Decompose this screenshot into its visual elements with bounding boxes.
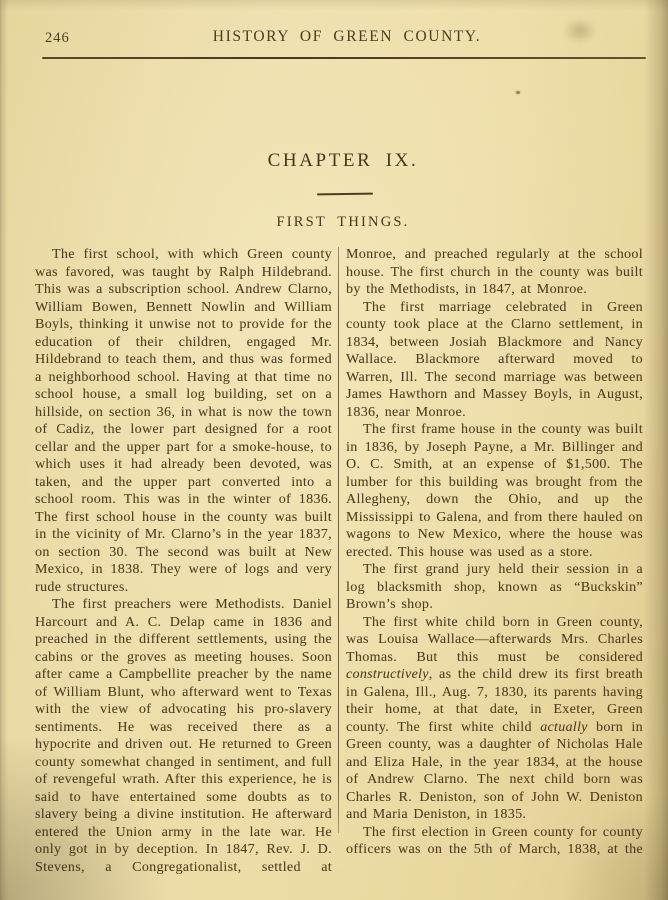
paragraph-first-marriage: The first marriage celebrated in Green c… [346, 299, 643, 422]
ink-speck [516, 91, 520, 94]
page-edge-shadow-top [0, 0, 668, 10]
running-head-title: HISTORY OF GREEN COUNTY. [26, 28, 668, 46]
section-title: FIRST THINGS. [26, 214, 660, 231]
paragraph-segment: The first white child born in Green coun… [346, 615, 643, 665]
column-divider-rule [338, 247, 339, 833]
paragraph-first-frame-house: The first frame house in the county was … [346, 421, 643, 561]
book-page: 246 HISTORY OF GREEN COUNTY. CHAPTER IX.… [0, 0, 668, 900]
paragraph-first-school: The first school, with which Green count… [35, 246, 332, 596]
paragraph-first-preachers: The first preachers were Methodists. Dan… [35, 596, 332, 876]
right-column: Monroe, and preached regularly at the sc… [346, 246, 643, 859]
left-column: The first school, with which Green count… [35, 246, 332, 876]
page-edge-shadow-left [0, 0, 8, 900]
chapter-title: CHAPTER IX. [26, 150, 660, 172]
paragraph-first-election: The first election in Green county for c… [346, 824, 643, 859]
paragraph-first-grand-jury: The first grand jury held their session … [346, 561, 643, 614]
chapter-divider-rule [317, 193, 373, 196]
italic-term: constructively [346, 667, 429, 682]
header-rule [42, 57, 646, 59]
italic-term: actually [540, 720, 588, 735]
paragraph-first-church: Monroe, and preached regularly at the sc… [346, 246, 643, 299]
paragraph-first-white-child: The first white child born in Green coun… [346, 614, 643, 824]
page-edge-shadow-right [644, 0, 668, 900]
